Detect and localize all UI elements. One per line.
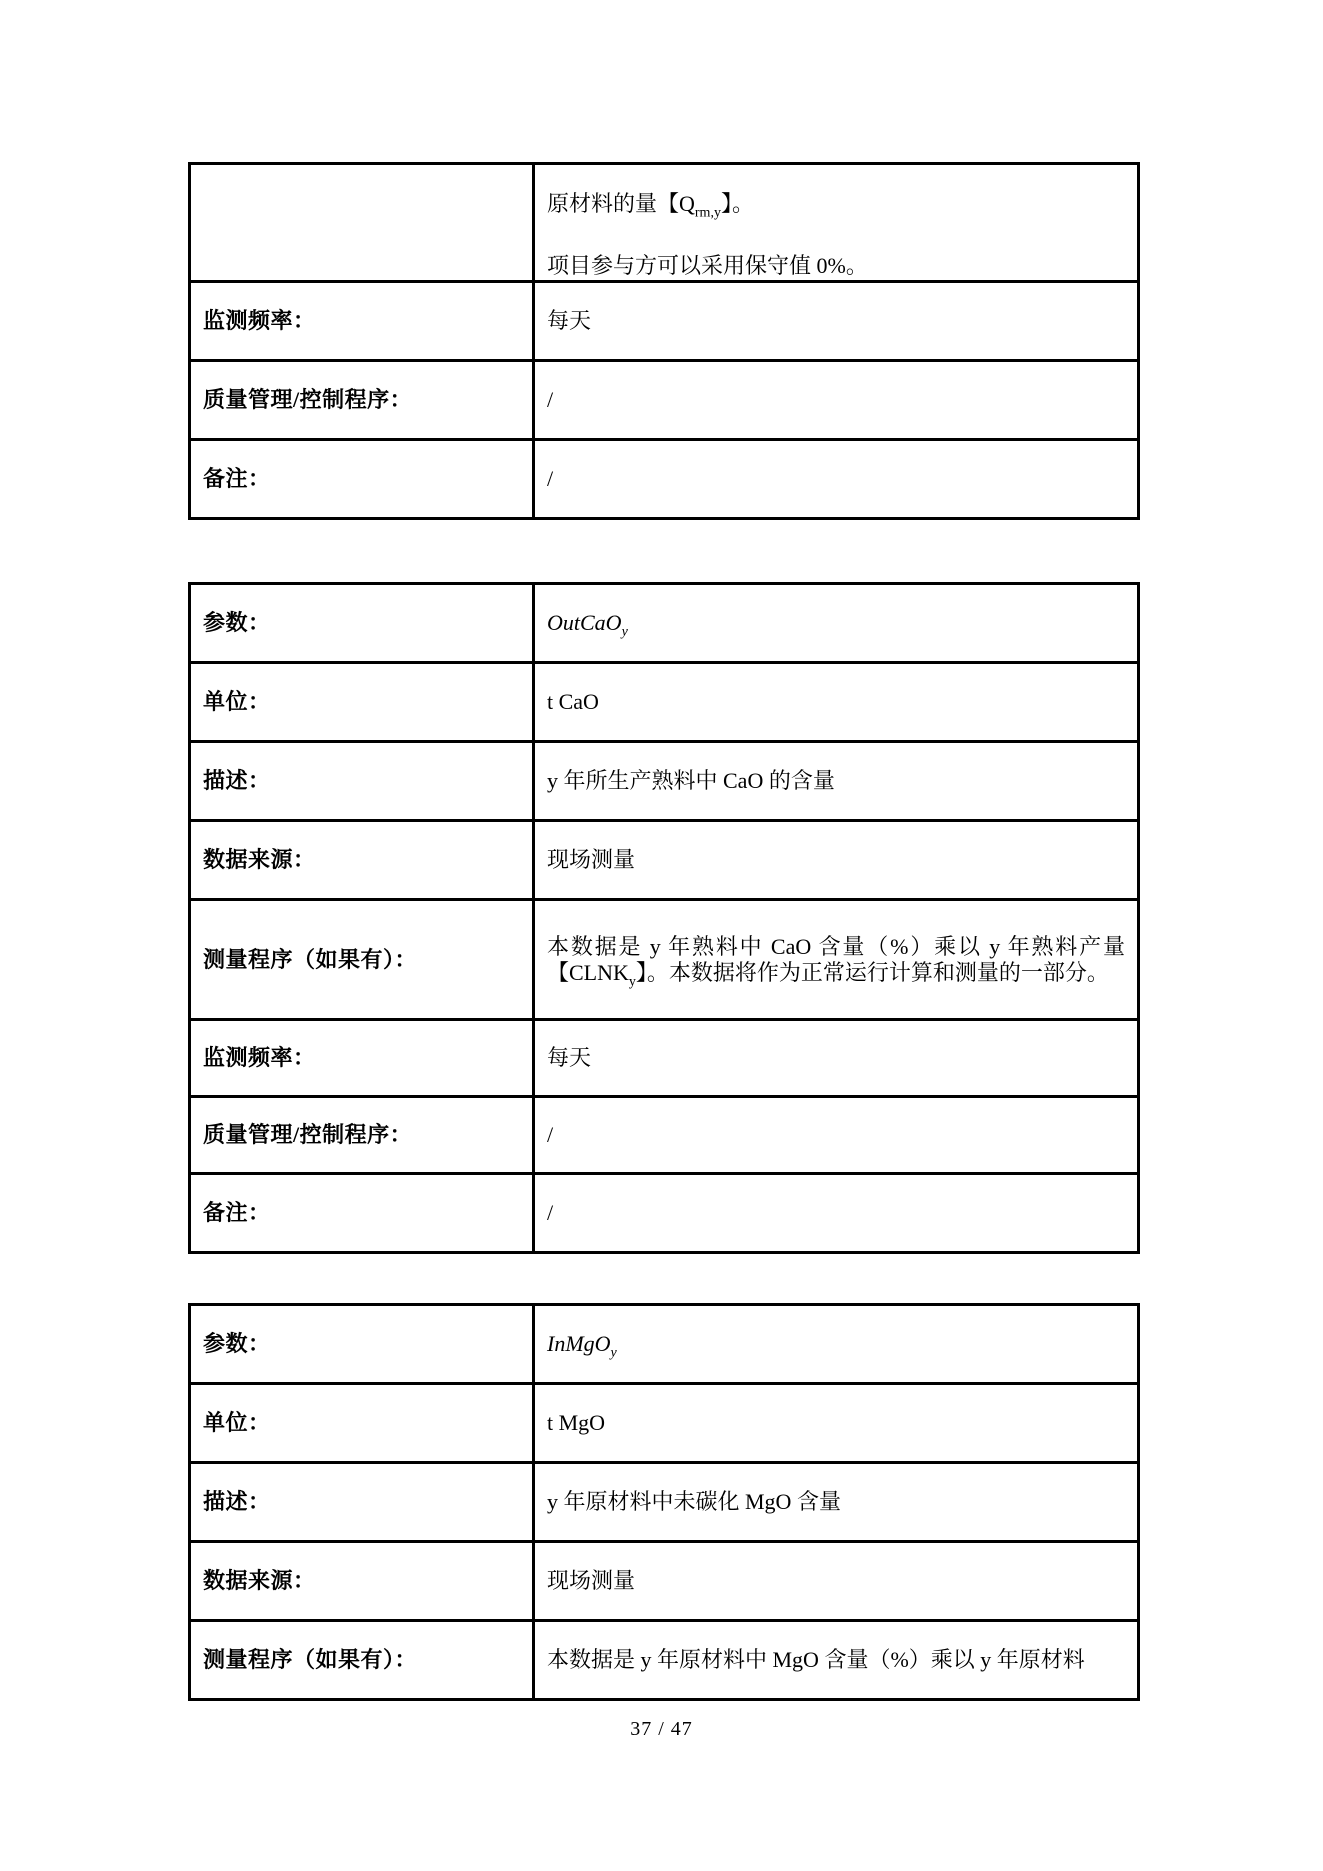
row-value-parameter: OutCaOy <box>534 584 1139 663</box>
row-label-frequency: 监测频率： <box>190 282 534 361</box>
row-value-unit: t MgO <box>534 1384 1139 1463</box>
row-value-parameter: InMgOy <box>534 1305 1139 1384</box>
table-row: 测量程序（如果有）： 本数据是 y 年熟料中 CaO 含量（%）乘以 y 年熟料… <box>190 900 1139 1020</box>
row-value-measurement-procedure: 本数据是 y 年原材料中 MgO 含量（%）乘以 y 年原材料 <box>534 1621 1139 1700</box>
desc-text-pre: 原材料的量【Q <box>547 191 695 216</box>
row-label-data-source: 数据来源： <box>190 1542 534 1621</box>
parameter-name: InMgO <box>547 1331 611 1356</box>
row-value-note: / <box>534 440 1139 519</box>
row-value-description: 原材料的量【Qrm,y】。 项目参与方可以采用保守值 0%。 <box>534 164 1139 282</box>
row-value-note: / <box>534 1174 1139 1253</box>
table-row: 单位： t CaO <box>190 663 1139 742</box>
row-label-description: 描述： <box>190 1463 534 1542</box>
table-row: 数据来源： 现场测量 <box>190 821 1139 900</box>
row-label-parameter: 参数： <box>190 1305 534 1384</box>
monitoring-table-2: 参数： OutCaOy 单位： t CaO 描述： y 年所生产熟料中 CaO … <box>188 582 1140 1254</box>
table-row: 单位： t MgO <box>190 1384 1139 1463</box>
row-value-frequency: 每天 <box>534 1020 1139 1097</box>
row-label-qc: 质量管理/控制程序： <box>190 361 534 440</box>
row-label-measurement-procedure: 测量程序（如果有）： <box>190 900 534 1020</box>
procedure-text-post: 】。本数据将作为正常运行计算和测量的一部分。 <box>636 960 1109 985</box>
row-label-empty <box>190 164 534 282</box>
table-row: 原材料的量【Qrm,y】。 项目参与方可以采用保守值 0%。 <box>190 164 1139 282</box>
row-label-qc: 质量管理/控制程序： <box>190 1097 534 1174</box>
table-row: 备注： / <box>190 1174 1139 1253</box>
row-label-measurement-procedure: 测量程序（如果有）： <box>190 1621 534 1700</box>
row-value-data-source: 现场测量 <box>534 821 1139 900</box>
row-label-note: 备注： <box>190 1174 534 1253</box>
table-row: 监测频率： 每天 <box>190 1020 1139 1097</box>
row-value-description: y 年原材料中未碳化 MgO 含量 <box>534 1463 1139 1542</box>
desc-text-paragraph2: 项目参与方可以采用保守值 0%。 <box>547 253 1125 279</box>
monitoring-table-1: 原材料的量【Qrm,y】。 项目参与方可以采用保守值 0%。 监测频率： 每天 … <box>188 162 1140 520</box>
subscript: y <box>629 974 636 989</box>
table-row: 监测频率： 每天 <box>190 282 1139 361</box>
row-value-frequency: 每天 <box>534 282 1139 361</box>
table-row: 测量程序（如果有）： 本数据是 y 年原材料中 MgO 含量（%）乘以 y 年原… <box>190 1621 1139 1700</box>
row-value-qc: / <box>534 361 1139 440</box>
parameter-name: OutCaO <box>547 610 622 635</box>
page-number: 37 / 47 <box>0 1718 1323 1741</box>
desc-text-post: 】。 <box>721 191 754 216</box>
table-row: 质量管理/控制程序： / <box>190 1097 1139 1174</box>
document-page: 原材料的量【Qrm,y】。 项目参与方可以采用保守值 0%。 监测频率： 每天 … <box>0 0 1323 1871</box>
subscript: rm,y <box>695 205 721 220</box>
table-row: 描述： y 年原材料中未碳化 MgO 含量 <box>190 1463 1139 1542</box>
row-label-data-source: 数据来源： <box>190 821 534 900</box>
row-value-description: y 年所生产熟料中 CaO 的含量 <box>534 742 1139 821</box>
row-value-data-source: 现场测量 <box>534 1542 1139 1621</box>
row-label-frequency: 监测频率： <box>190 1020 534 1097</box>
table-row: 质量管理/控制程序： / <box>190 361 1139 440</box>
row-label-note: 备注： <box>190 440 534 519</box>
row-value-qc: / <box>534 1097 1139 1174</box>
table-row: 数据来源： 现场测量 <box>190 1542 1139 1621</box>
row-label-description: 描述： <box>190 742 534 821</box>
subscript: y <box>622 624 628 639</box>
monitoring-table-3: 参数： InMgOy 单位： t MgO 描述： y 年原材料中未碳化 MgO … <box>188 1303 1140 1701</box>
table-row: 参数： InMgOy <box>190 1305 1139 1384</box>
table-row: 备注： / <box>190 440 1139 519</box>
row-label-unit: 单位： <box>190 663 534 742</box>
row-label-parameter: 参数： <box>190 584 534 663</box>
row-value-measurement-procedure: 本数据是 y 年熟料中 CaO 含量（%）乘以 y 年熟料产量【CLNKy】。本… <box>534 900 1139 1020</box>
table-row: 参数： OutCaOy <box>190 584 1139 663</box>
subscript: y <box>611 1345 617 1360</box>
row-label-unit: 单位： <box>190 1384 534 1463</box>
table-row: 描述： y 年所生产熟料中 CaO 的含量 <box>190 742 1139 821</box>
row-value-unit: t CaO <box>534 663 1139 742</box>
